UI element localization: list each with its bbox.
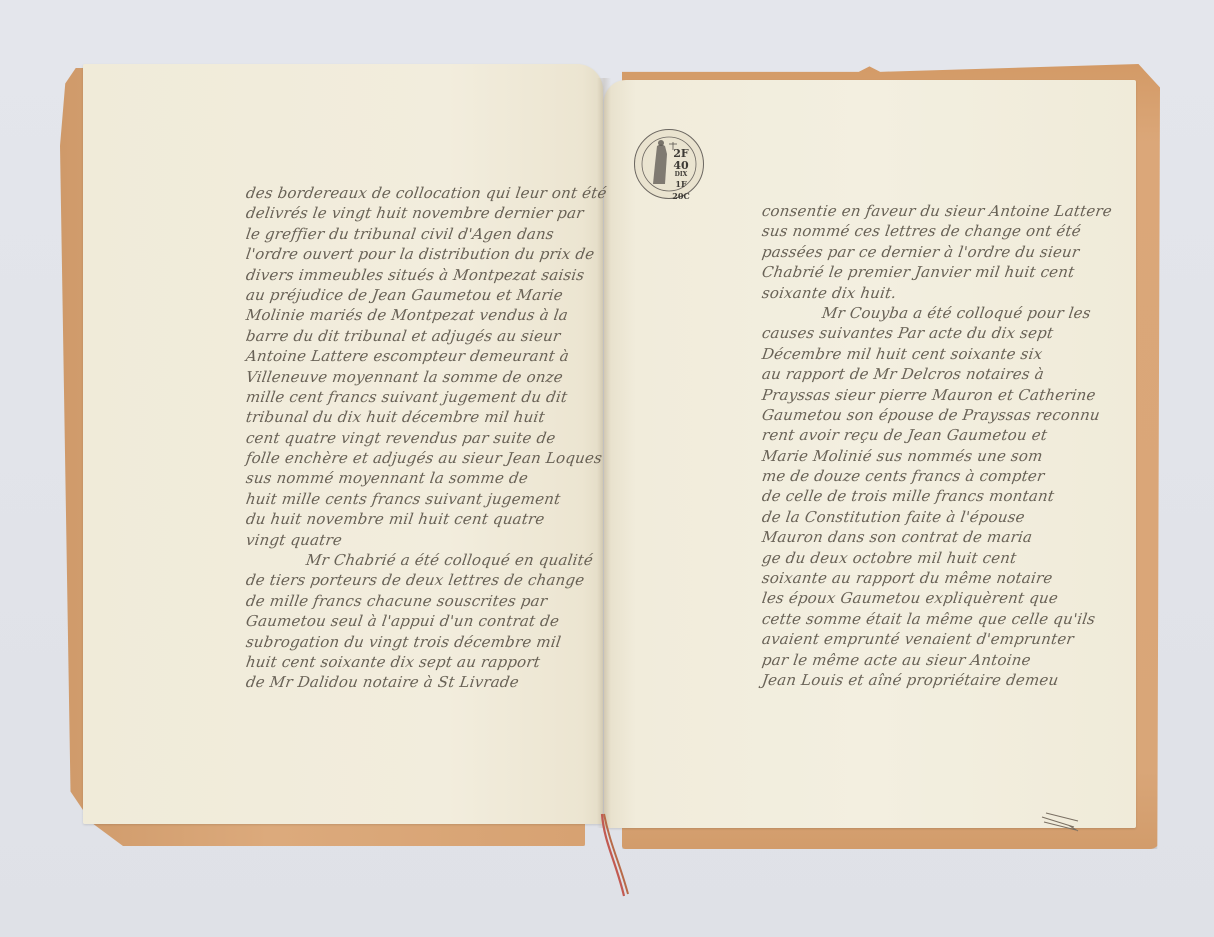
handwritten-line: avaient emprunté venaient d'emprunter [761,629,1134,649]
handwritten-line: des bordereaux de collocation qui leur o… [245,183,598,203]
handwritten-line: huit mille cents francs suivant jugement [245,489,598,509]
handwritten-line: Mr Couyba a été colloqué pour les [761,303,1134,323]
handwritten-line: Molinie mariés de Montpezat vendus à la [245,305,598,325]
handwritten-line: rent avoir reçu de Jean Gaumetou et [761,425,1134,445]
handwritten-line: Antoine Lattere escompteur demeurant à [245,346,598,366]
handwritten-line: mille cent francs suivant jugement du di… [245,387,598,407]
handwritten-line: passées par ce dernier à l'ordre du sieu… [761,242,1134,262]
republique-francaise-stamp-icon: 2F 40 DIX 1F 20C [634,129,704,199]
handwritten-line: de Mr Dalidou notaire à St Livrade [245,672,598,692]
handwritten-line: cent quatre vingt revendus par suite de [245,428,598,448]
handwritten-line: de celle de trois mille francs montant [761,486,1134,506]
handwritten-line: divers immeubles situés à Montpezat sais… [245,265,598,285]
handwritten-line: soixante dix huit. [761,283,1134,303]
handwritten-line: Marie Molinié sus nommés une som [761,446,1134,466]
handwritten-line: subrogation du vingt trois décembre mil [245,632,598,652]
handwritten-line: me de douze cents francs à compter [761,466,1134,486]
handwritten-line: du huit novembre mil huit cent quatre [245,509,598,529]
handwritten-line: sus nommé ces lettres de change ont été [761,221,1134,241]
handwritten-line: Décembre mil huit cent soixante six [761,344,1134,364]
handwritten-line: les époux Gaumetou expliquèrent que [761,588,1134,608]
handwritten-line: Gaumetou son épouse de Prayssas reconnu [761,405,1134,425]
handwritten-line: de mille francs chacune souscrites par [245,591,598,611]
handwritten-line: Jean Louis et aîné propriétaire demeu [761,670,1134,690]
handwritten-line: vingt quatre [245,530,598,550]
pencil-mark-icon [1038,805,1098,835]
handwritten-line: l'ordre ouvert pour la distribution du p… [245,244,598,264]
handwritten-line: par le même acte au sieur Antoine [761,650,1134,670]
handwritten-line: cette somme était la même que celle qu'i… [761,609,1134,629]
right-page-text: consentie en faveur du sieur Antoine Lat… [762,201,1132,690]
handwritten-line: soixante au rapport du même notaire [761,568,1134,588]
handwritten-line: Villeneuve moyennant la somme de onze [245,367,598,387]
left-page-text: des bordereaux de collocation qui leur o… [246,183,596,693]
handwritten-line: barre du dit tribunal et adjugés au sieu… [245,326,598,346]
ribbon-bookmark-icon [590,812,640,902]
handwritten-line: consentie en faveur du sieur Antoine Lat… [761,201,1134,221]
handwritten-line: le greffier du tribunal civil d'Agen dan… [245,224,598,244]
handwritten-line: Mauron dans son contrat de maria [761,527,1134,547]
handwritten-line: tribunal du dix huit décembre mil huit [245,407,598,427]
handwritten-line: au préjudice de Jean Gaumetou et Marie [245,285,598,305]
handwritten-line: Mr Chabrié a été colloqué en qualité [245,550,598,570]
handwritten-line: huit cent soixante dix sept au rapport [245,652,598,672]
handwritten-line: de la Constitution faite à l'épouse [761,507,1134,527]
handwritten-line: Gaumetou seul à l'appui d'un contrat de [245,611,598,631]
handwritten-line: Chabrié le premier Janvier mil huit cent [761,262,1134,282]
handwritten-line: causes suivantes Par acte du dix sept [761,323,1134,343]
handwritten-line: sus nommé moyennant la somme de [245,468,598,488]
stamp-denomination: 2F 40 DIX 1F 20C [671,148,691,202]
handwritten-line: au rapport de Mr Delcros notaires à [761,364,1134,384]
handwritten-line: delivrés le vingt huit novembre dernier … [245,203,598,223]
handwritten-line: ge du deux octobre mil huit cent [761,548,1134,568]
handwritten-line: de tiers porteurs de deux lettres de cha… [245,570,598,590]
handwritten-line: Prayssas sieur pierre Mauron et Catherin… [761,385,1134,405]
handwritten-line: folle enchère et adjugés au sieur Jean L… [245,448,598,468]
